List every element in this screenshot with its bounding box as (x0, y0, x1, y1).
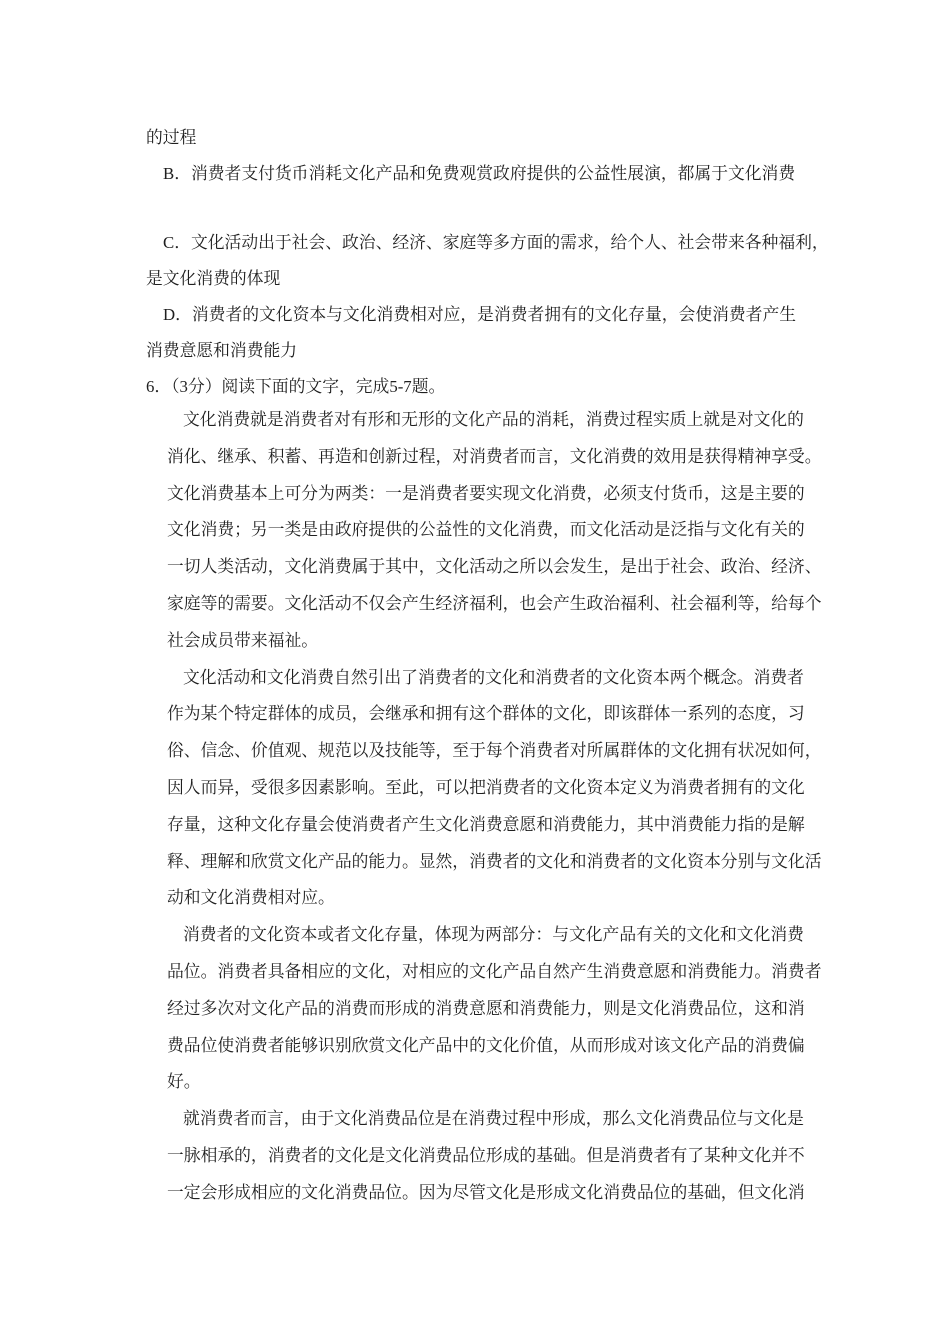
passage-line: 品位。消费者具备相应的文化，对相应的文化产品自然产生消费意愿和消费能力。消费者 (167, 954, 827, 991)
passage-line: 文化消费基本上可分为两类：一是消费者要实现文化消费，必须支付货币，这是主要的 (167, 476, 827, 513)
passage-line: 消化、继承、积蓄、再造和创新过程，对消费者而言，文化消费的效用是获得精神享受。 (167, 439, 827, 476)
passage-line: 存量，这种文化存量会使消费者产生文化消费意愿和消费能力，其中消费能力指的是解 (167, 807, 827, 844)
passage-line: 好。 (167, 1064, 827, 1101)
question-6-header: 6．（3分）阅读下面的文字，完成5-7题。 (146, 369, 816, 405)
passage-line: 消费者的文化资本或者文化存量，体现为两部分：与文化产品有关的文化和文化消费 (167, 917, 827, 954)
options-section: 的过程 B．消费者支付货币消耗文化产品和免费观赏政府提供的公益性展演，都属于文化… (146, 120, 816, 405)
passage-line: 一脉相承的，消费者的文化是文化消费品位形成的基础。但是消费者有了某种文化并不 (167, 1138, 827, 1175)
passage-line: 动和文化消费相对应。 (167, 880, 827, 917)
option-d-line-1: D．消费者的文化资本与文化消费相对应，是消费者拥有的文化存量，会使消费者产生 (146, 297, 816, 333)
passage-line: 俗、信念、价值观、规范以及技能等，至于每个消费者对所属群体的文化拥有状况如何， (167, 733, 827, 770)
passage-line: 文化消费就是消费者对有形和无形的文化产品的消耗，消费过程实质上就是对文化的 (167, 402, 827, 439)
blank-line (146, 192, 816, 225)
option-a-tail-line: 的过程 (146, 120, 816, 156)
passage-line: 文化活动和文化消费自然引出了消费者的文化和消费者的文化资本两个概念。消费者 (167, 660, 827, 697)
passage-line: 一定会形成相应的文化消费品位。因为尽管文化是形成文化消费品位的基础，但文化消 (167, 1175, 827, 1212)
passage-line: 家庭等的需要。文化活动不仅会产生经济福利，也会产生政治福利、社会福利等，给每个 (167, 586, 827, 623)
option-c-line-2: 是文化消费的体现 (146, 261, 816, 297)
option-d-line-2: 消费意愿和消费能力 (146, 333, 816, 369)
option-c-line-1: C．文化活动出于社会、政治、经济、家庭等多方面的需求，给个人、社会带来各种福利， (146, 225, 816, 261)
passage-line: 社会成员带来福祉。 (167, 623, 827, 660)
option-b-line: B．消费者支付货币消耗文化产品和免费观赏政府提供的公益性展演，都属于文化消费 (146, 156, 816, 192)
document-page: 的过程 B．消费者支付货币消耗文化产品和免费观赏政府提供的公益性展演，都属于文化… (0, 0, 950, 1344)
passage-line: 释、理解和欣赏文化产品的能力。显然，消费者的文化和消费者的文化资本分别与文化活 (167, 844, 827, 881)
passage-line: 费品位使消费者能够识别欣赏文化产品中的文化价值，从而形成对该文化产品的消费偏 (167, 1028, 827, 1065)
passage-line: 作为某个特定群体的成员，会继承和拥有这个群体的文化，即该群体一系列的态度，习 (167, 696, 827, 733)
passage-line: 就消费者而言，由于文化消费品位是在消费过程中形成，那么文化消费品位与文化是 (167, 1101, 827, 1138)
passage-line: 文化消费；另一类是由政府提供的公益性的文化消费，而文化活动是泛指与文化有关的 (167, 512, 827, 549)
passage-section: 文化消费就是消费者对有形和无形的文化产品的消耗，消费过程实质上就是对文化的 消化… (167, 402, 827, 1212)
passage-line: 经过多次对文化产品的消费而形成的消费意愿和消费能力，则是文化消费品位，这和消 (167, 991, 827, 1028)
passage-line: 一切人类活动，文化消费属于其中，文化活动之所以会发生，是出于社会、政治、经济、 (167, 549, 827, 586)
passage-line: 因人而异，受很多因素影响。至此，可以把消费者的文化资本定义为消费者拥有的文化 (167, 770, 827, 807)
